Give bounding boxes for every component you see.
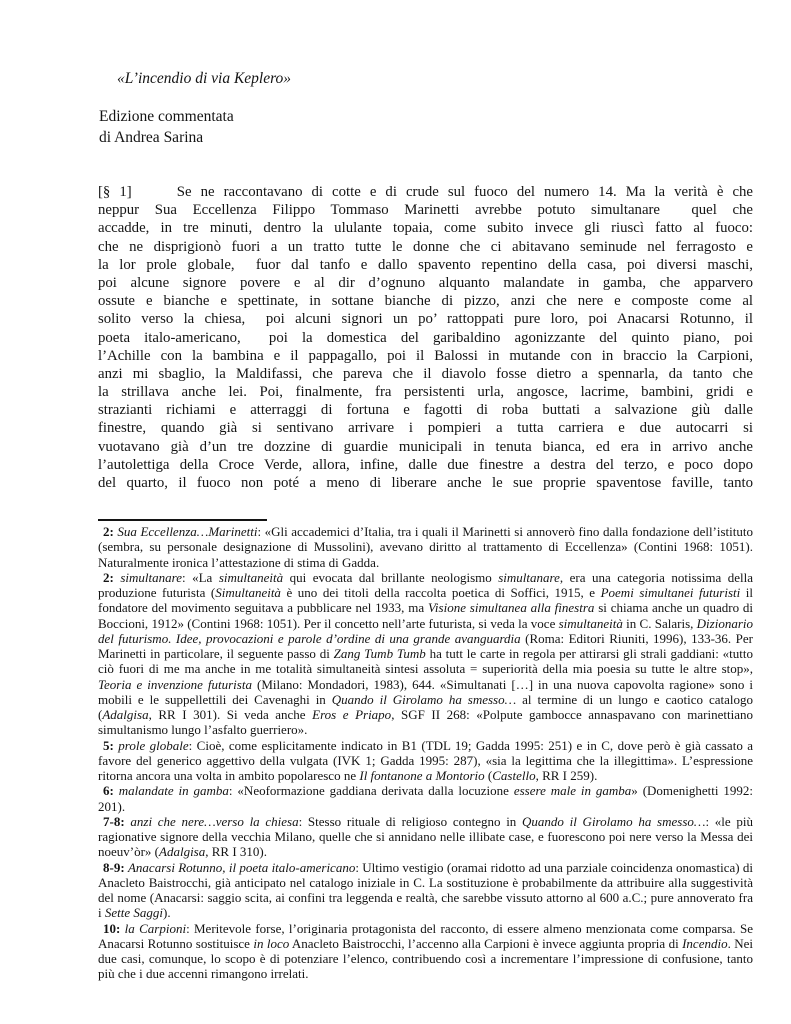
line-text: la lor prole globale, fuor dal tanfo e d… bbox=[98, 257, 753, 273]
italic-run: Sette Saggi bbox=[105, 905, 163, 920]
footnote: 6: malandate in gamba: «Neoformazione ga… bbox=[98, 783, 753, 814]
italic-run: Simultaneità bbox=[215, 585, 281, 600]
text-line: finestre, quando già si sentivano arriva… bbox=[98, 419, 753, 437]
document-title: «L’incendio di via Keplero» bbox=[117, 69, 291, 89]
text-line: [§ 1] Se ne raccontavano di cotte e di c… bbox=[98, 183, 753, 201]
footnote-marker: 7-8: bbox=[103, 814, 125, 829]
text-line: che ne disprigionò fuori a un tratto tut… bbox=[98, 238, 753, 256]
text-run: in C. Salaris, bbox=[623, 616, 697, 631]
text-line: accadde, in tre minuti, dentro la ululan… bbox=[98, 219, 753, 237]
line-text: strazianti richiami e atterraggi di fort… bbox=[98, 402, 753, 418]
text-line: anzi mi sbaglio, la Maldifassi, che pare… bbox=[98, 365, 753, 383]
italic-run: simultanare bbox=[120, 570, 182, 585]
italic-run: Zang Tumb Tumb bbox=[334, 646, 426, 661]
italic-run: Incendio bbox=[682, 936, 727, 951]
line-text: del quarto, il fuoco non poté a meno di … bbox=[98, 475, 753, 491]
footnote: 8-9: Anacarsi Rotunno, il poeta italo-am… bbox=[98, 860, 753, 921]
document-page: «L’incendio di via Keplero» Edizione com… bbox=[0, 0, 791, 1024]
text-run: qui evocata dal brillante neologismo bbox=[283, 570, 498, 585]
footnote-marker: 2: bbox=[103, 524, 114, 539]
line-text: poeta italo-americano, poi la domestica … bbox=[98, 330, 753, 346]
line-text: l’Achille con la bambina e il pappagallo… bbox=[98, 348, 753, 364]
text-line: la strillava anche lei. Poi, finalmente,… bbox=[98, 383, 753, 401]
byline-edition-line: Edizione commentata bbox=[99, 106, 234, 127]
text-run: , RR I 259). bbox=[536, 768, 598, 783]
text-line: solito verso la chiesa, poi alcuni signo… bbox=[98, 310, 753, 328]
edition-byline: Edizione commentata di Andrea Sarina bbox=[99, 106, 234, 149]
italic-run: essere male in gamba bbox=[514, 783, 631, 798]
italic-run: Il fontanone a Montorio bbox=[359, 768, 484, 783]
footnote-marker: 10: bbox=[103, 921, 120, 936]
italic-run: simultaneità bbox=[219, 570, 283, 585]
text-line: del quarto, il fuoco non poté a meno di … bbox=[98, 474, 753, 492]
text-run: è uno dei titoli della raccolta poetica … bbox=[281, 585, 601, 600]
text-line: 5la lor prole globale, fuor dal tanfo e … bbox=[98, 256, 753, 274]
italic-run: malandate in gamba bbox=[119, 783, 229, 798]
line-text: accadde, in tre minuti, dentro la ululan… bbox=[98, 220, 753, 236]
italic-run: Anacarsi Rotunno, il poeta italo-america… bbox=[128, 860, 355, 875]
text-line: ossute e bianche e spettinate, in sottan… bbox=[98, 292, 753, 310]
italic-run: in loco bbox=[253, 936, 289, 951]
italic-run: Quando il Girolamo ha smesso… bbox=[332, 692, 516, 707]
text-run: Anacleto Baistrocchi, l’accenno alla Car… bbox=[289, 936, 682, 951]
footnote: 2: Sua Eccellenza…Marinetti: «Gli accade… bbox=[98, 524, 753, 570]
italic-run: Visione simultanea alla finestra bbox=[428, 600, 594, 615]
footnote: 5: prole globale: Cioè, come esplicitame… bbox=[98, 738, 753, 784]
italic-run: Quando il Girolamo ha smesso… bbox=[522, 814, 705, 829]
line-text: che ne disprigionò fuori a un tratto tut… bbox=[98, 239, 753, 255]
footnote-separator bbox=[98, 519, 267, 521]
text-line: l’autolettiga della Croce Verde, allora,… bbox=[98, 456, 753, 474]
italic-run: Teoria e invenzione futurista bbox=[98, 677, 252, 692]
italic-run: Adalgisa bbox=[159, 844, 205, 859]
text-run: : «La bbox=[182, 570, 219, 585]
line-text: vuotavano già d’un tre dozzine di guardi… bbox=[98, 439, 753, 455]
text-line: 15vuotavano già d’un tre dozzine di guar… bbox=[98, 438, 753, 456]
italic-run: Adalgisa bbox=[102, 707, 148, 722]
footnotes-section: 2: Sua Eccellenza…Marinetti: «Gli accade… bbox=[98, 524, 753, 982]
line-text: solito verso la chiesa, poi alcuni signo… bbox=[98, 311, 753, 327]
text-run: : Stesso rituale di religioso contegno i… bbox=[299, 814, 522, 829]
footnote-marker: 6: bbox=[103, 783, 114, 798]
text-line: poi alcune signore povere e al dir d’ogn… bbox=[98, 274, 753, 292]
italic-run: simultaneità bbox=[559, 616, 623, 631]
line-text: ossute e bianche e spettinate, in sottan… bbox=[98, 293, 753, 309]
italic-run: Eros e Priapo bbox=[312, 707, 391, 722]
italic-run: simultanare bbox=[498, 570, 560, 585]
main-paragraph: [§ 1] Se ne raccontavano di cotte e di c… bbox=[98, 183, 753, 492]
text-run: , RR I 310). bbox=[205, 844, 267, 859]
text-line: strazianti richiami e atterraggi di fort… bbox=[98, 401, 753, 419]
byline-author-line: di Andrea Sarina bbox=[99, 127, 234, 148]
line-text: la strillava anche lei. Poi, finalmente,… bbox=[98, 384, 753, 400]
italic-run: Poemi simultanei futuristi bbox=[601, 585, 741, 600]
line-text: anzi mi sbaglio, la Maldifassi, che pare… bbox=[98, 366, 753, 382]
line-text: [§ 1] Se ne raccontavano di cotte e di c… bbox=[98, 184, 753, 200]
italic-run: Sua Eccellenza…Marinetti bbox=[117, 524, 257, 539]
line-text: neppur Sua Eccellenza Filippo Tommaso Ma… bbox=[98, 202, 753, 218]
line-text: poi alcune signore povere e al dir d’ogn… bbox=[98, 275, 753, 291]
text-line: poeta italo-americano, poi la domestica … bbox=[98, 329, 753, 347]
text-line: 10l’Achille con la bambina e il pappagal… bbox=[98, 347, 753, 365]
footnote-marker: 5: bbox=[103, 738, 114, 753]
footnote: 10: la Carpioni: Meritevole forse, l’ori… bbox=[98, 921, 753, 982]
line-text: finestre, quando già si sentivano arriva… bbox=[98, 420, 753, 436]
footnote-marker: 2: bbox=[103, 570, 114, 585]
text-run: , RR I 301). Si veda anche bbox=[149, 707, 313, 722]
footnote: 2: simultanare: «La simultaneità qui evo… bbox=[98, 570, 753, 738]
italic-run: Castello bbox=[492, 768, 535, 783]
italic-run: la Carpioni bbox=[125, 921, 186, 936]
italic-run: anzi che nere…verso la chiesa bbox=[130, 814, 298, 829]
footnote: 7-8: anzi che nere…verso la chiesa: Stes… bbox=[98, 814, 753, 860]
text-line: neppur Sua Eccellenza Filippo Tommaso Ma… bbox=[98, 201, 753, 219]
italic-run: prole globale bbox=[118, 738, 188, 753]
footnote-marker: 8-9: bbox=[103, 860, 125, 875]
line-text: l’autolettiga della Croce Verde, allora,… bbox=[98, 457, 753, 473]
text-run: : «Neoformazione gaddiana derivata dalla… bbox=[229, 783, 514, 798]
text-run: ). bbox=[163, 905, 171, 920]
